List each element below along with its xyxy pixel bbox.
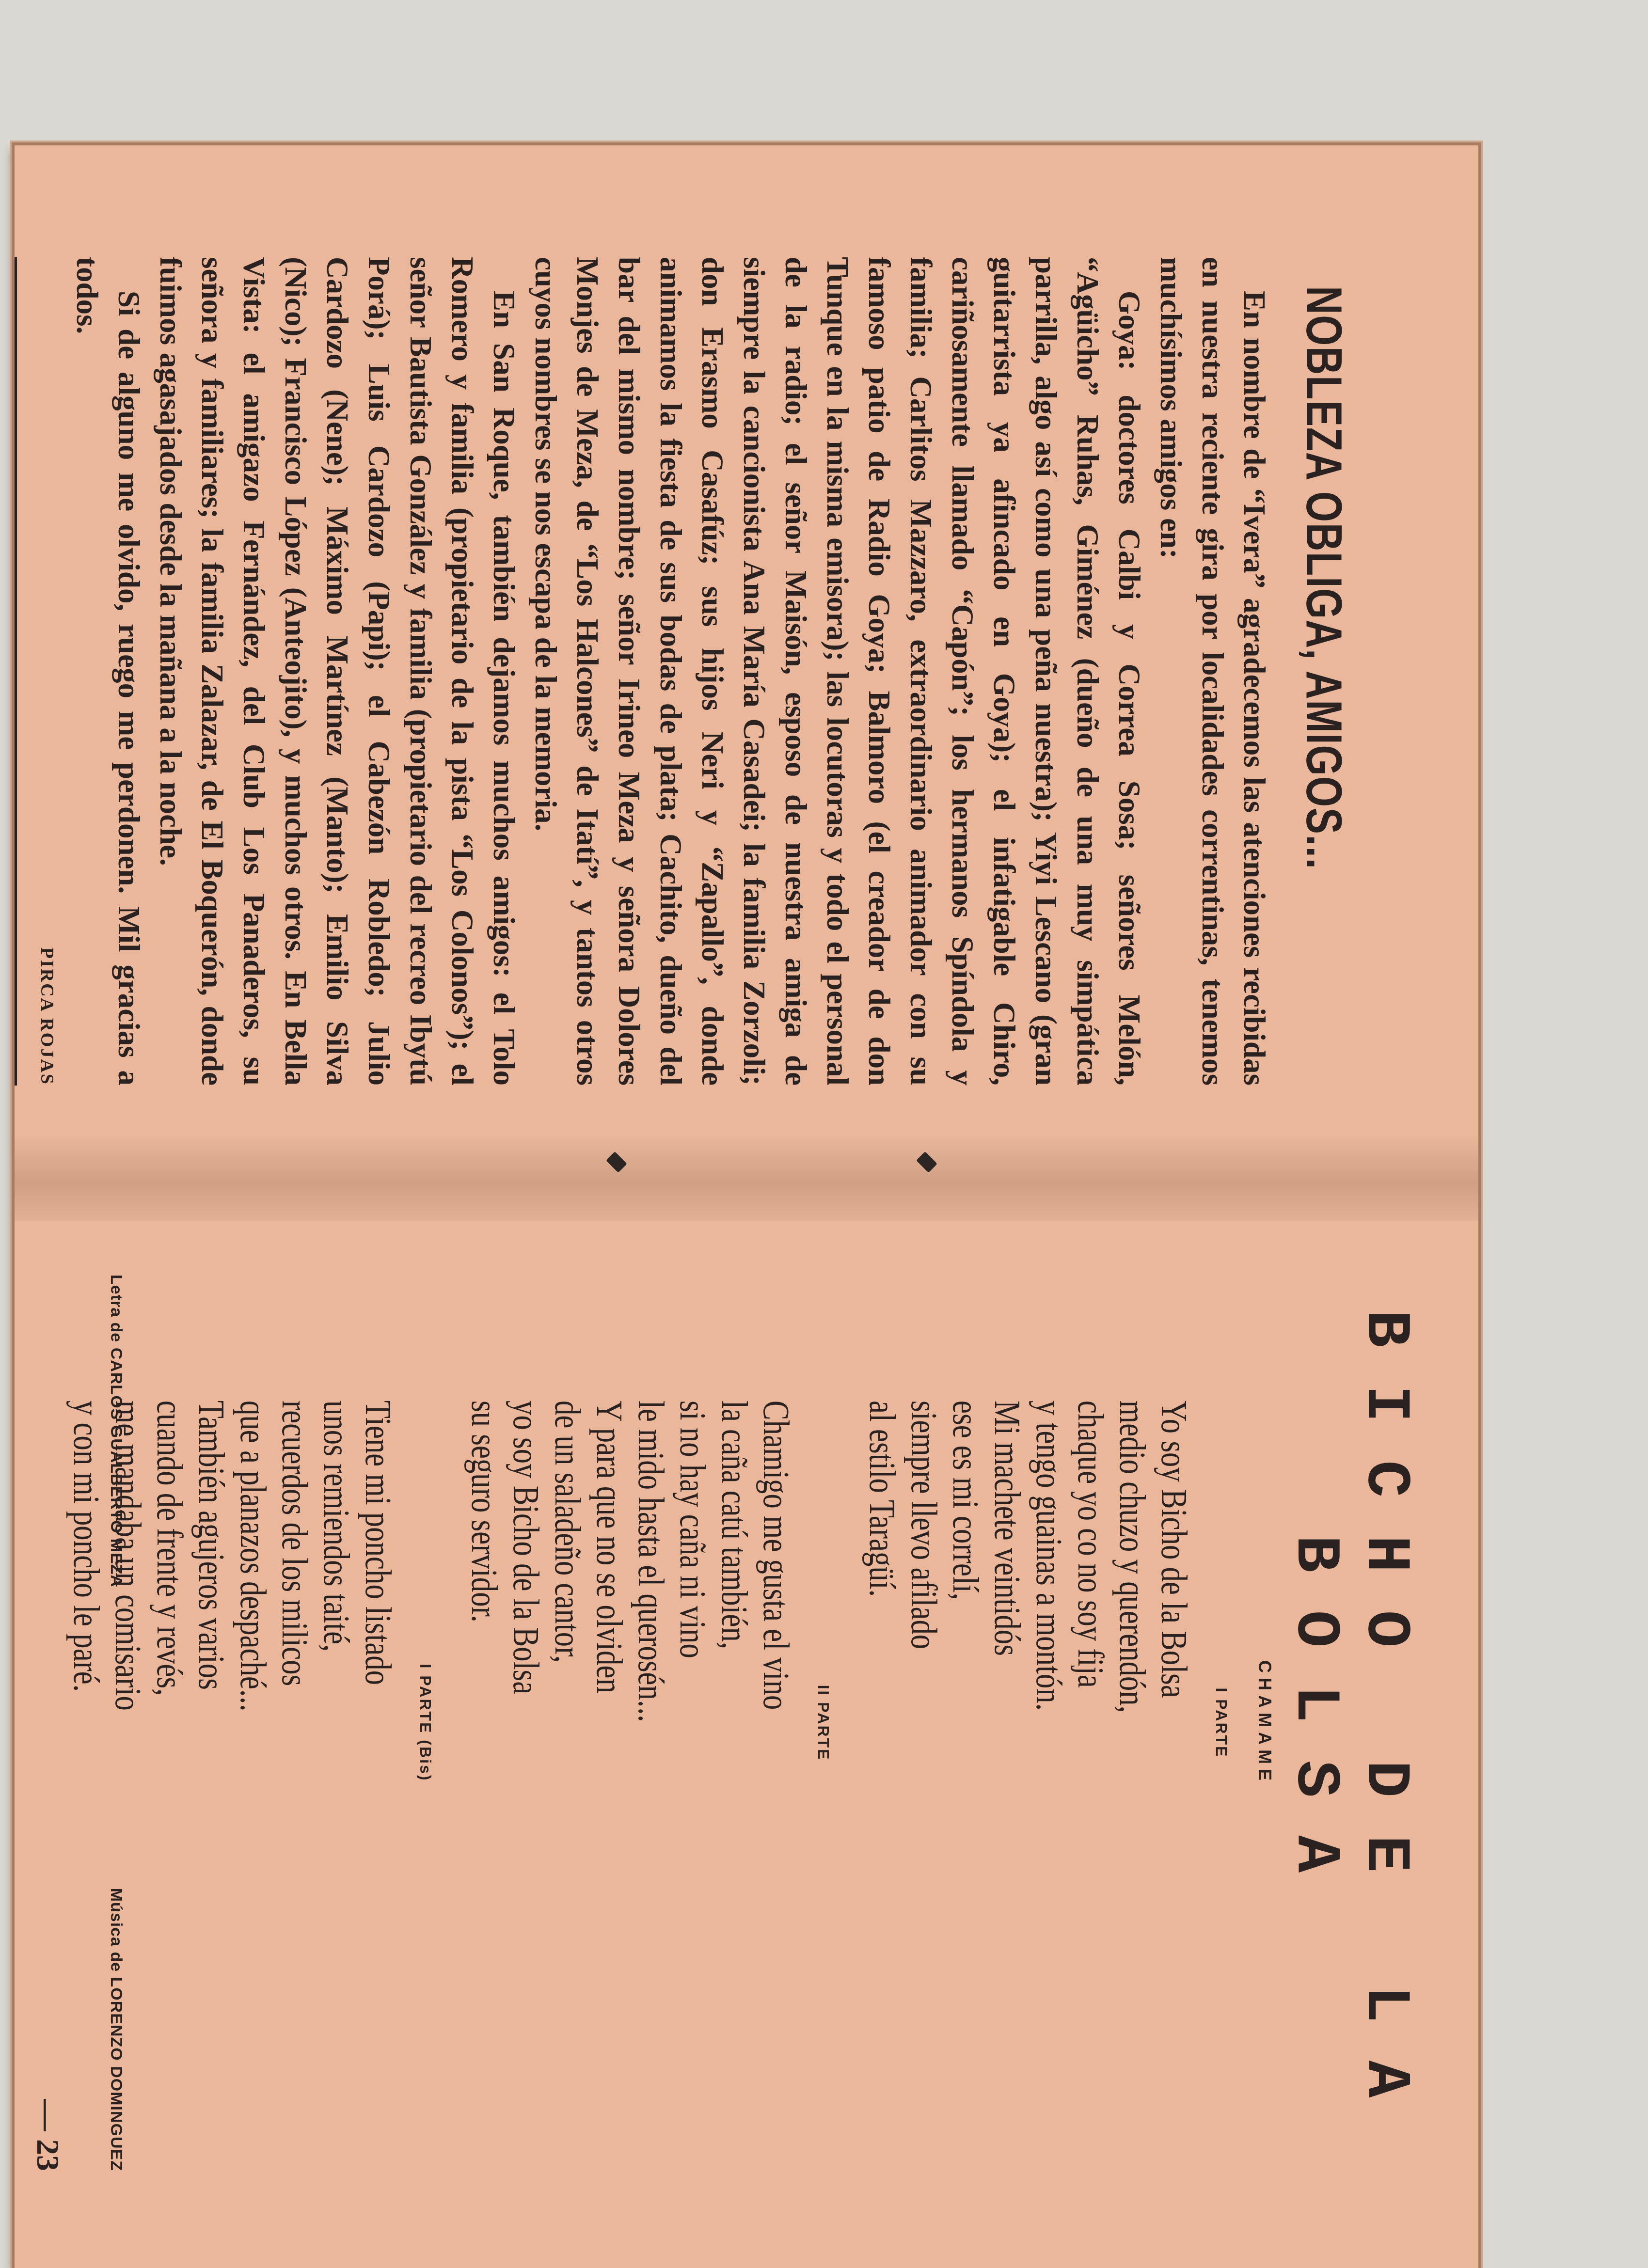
lyric-line: su seguro servidor. [463, 1401, 505, 2017]
right-page: BICHO DE LA BOLSA CHAMAME I PARTE Yo soy… [15, 1187, 1478, 2268]
lyric-line: ese es mi correlí, [945, 1401, 986, 2017]
lyric-line: Y para que no se olviden [588, 1401, 630, 2017]
lyric-line: cuando de frente y revés, [149, 1401, 190, 2017]
music-credit: Música de LORENZO DOMINGUEZ [107, 1888, 126, 2171]
lyric-line: le mido hasta el querosén... [630, 1401, 672, 2017]
lyric-line: yo soy Bicho de la Bolsa [505, 1401, 547, 2017]
lyric-line: al estilo Taragüí. [861, 1401, 903, 2017]
section-label: I PARTE [1212, 1275, 1230, 2171]
paragraph: En nombre de “Ivera” agradecemos las ate… [1150, 257, 1275, 1086]
author-signature: PIRCA ROJAS [36, 257, 58, 1086]
lyric-line: siempre llevo afilado [903, 1401, 945, 2017]
article-title-nobleza: NOBLEZA OBLIGA, AMIGOS... [1295, 286, 1352, 910]
lyric-line: y tengo guainas a montón. [1028, 1401, 1070, 2017]
page-number: — 23 [29, 2099, 66, 2172]
stanza: Yo soy Bicho de la Bolsa medio chuzo y q… [861, 1401, 1195, 2017]
song-credits: Letra de CARLOS GUALBERTO MEZA Música de… [107, 1275, 126, 2171]
lyric-line: recuerdos de los milicos [274, 1401, 316, 2017]
paragraph: En San Roque, también dejamos muchos ami… [150, 257, 525, 1086]
lyric-line: Tiene mi poncho listado [357, 1401, 399, 2017]
lyric-line: si no hay caña ni vino [672, 1401, 713, 2017]
lyric-line: que a planazos despaché... [232, 1401, 274, 2017]
section-label: I PARTE (Bis) [416, 1275, 434, 2171]
lyric-line: Yo soy Bicho de la Bolsa [1153, 1401, 1195, 2017]
lyric-line: medio chuzo y querendón, [1111, 1401, 1153, 2017]
lyric-line: la caña catú también, [713, 1401, 755, 2017]
left-page: NOBLEZA OBLIGA, AMIGOS... En nombre de “… [15, 145, 1478, 1163]
paragraph: Si de alguno me olvido, ruego me perdone… [66, 257, 150, 1086]
song-genre: CHAMAME [1254, 1275, 1275, 2171]
lyric-line: También agujeros varios [190, 1401, 232, 2017]
article-body-nobleza: En nombre de “Ivera” agradecemos las ate… [66, 257, 1275, 1086]
paragraph: Goya: doctores Calbi y Correa Sosa; seño… [525, 257, 1150, 1086]
lyric-line: Mi machete veintidós [986, 1401, 1028, 2017]
lyric-line: de un saladeño cantor, [547, 1401, 588, 2017]
section-label: II PARTE [814, 1275, 832, 2171]
song-title: BICHO DE LA BOLSA [1280, 1275, 1420, 2171]
lyrics-credit: Letra de CARLOS GUALBERTO MEZA [107, 1275, 126, 1587]
lyric-line: Chamigo me gusta el vino [755, 1401, 797, 2017]
lyric-line: chaque yo co no soy fija [1070, 1401, 1111, 2017]
lyric-line: y con mi poncho le paré. [65, 1401, 107, 2017]
section-divider [15, 257, 17, 1086]
lyric-line: unos remiendos taité, [316, 1401, 357, 2017]
stanza: Chamigo me gusta el vino la caña catú ta… [463, 1401, 797, 2017]
magazine-spread: NOBLEZA OBLIGA, AMIGOS... En nombre de “… [15, 145, 1478, 2268]
